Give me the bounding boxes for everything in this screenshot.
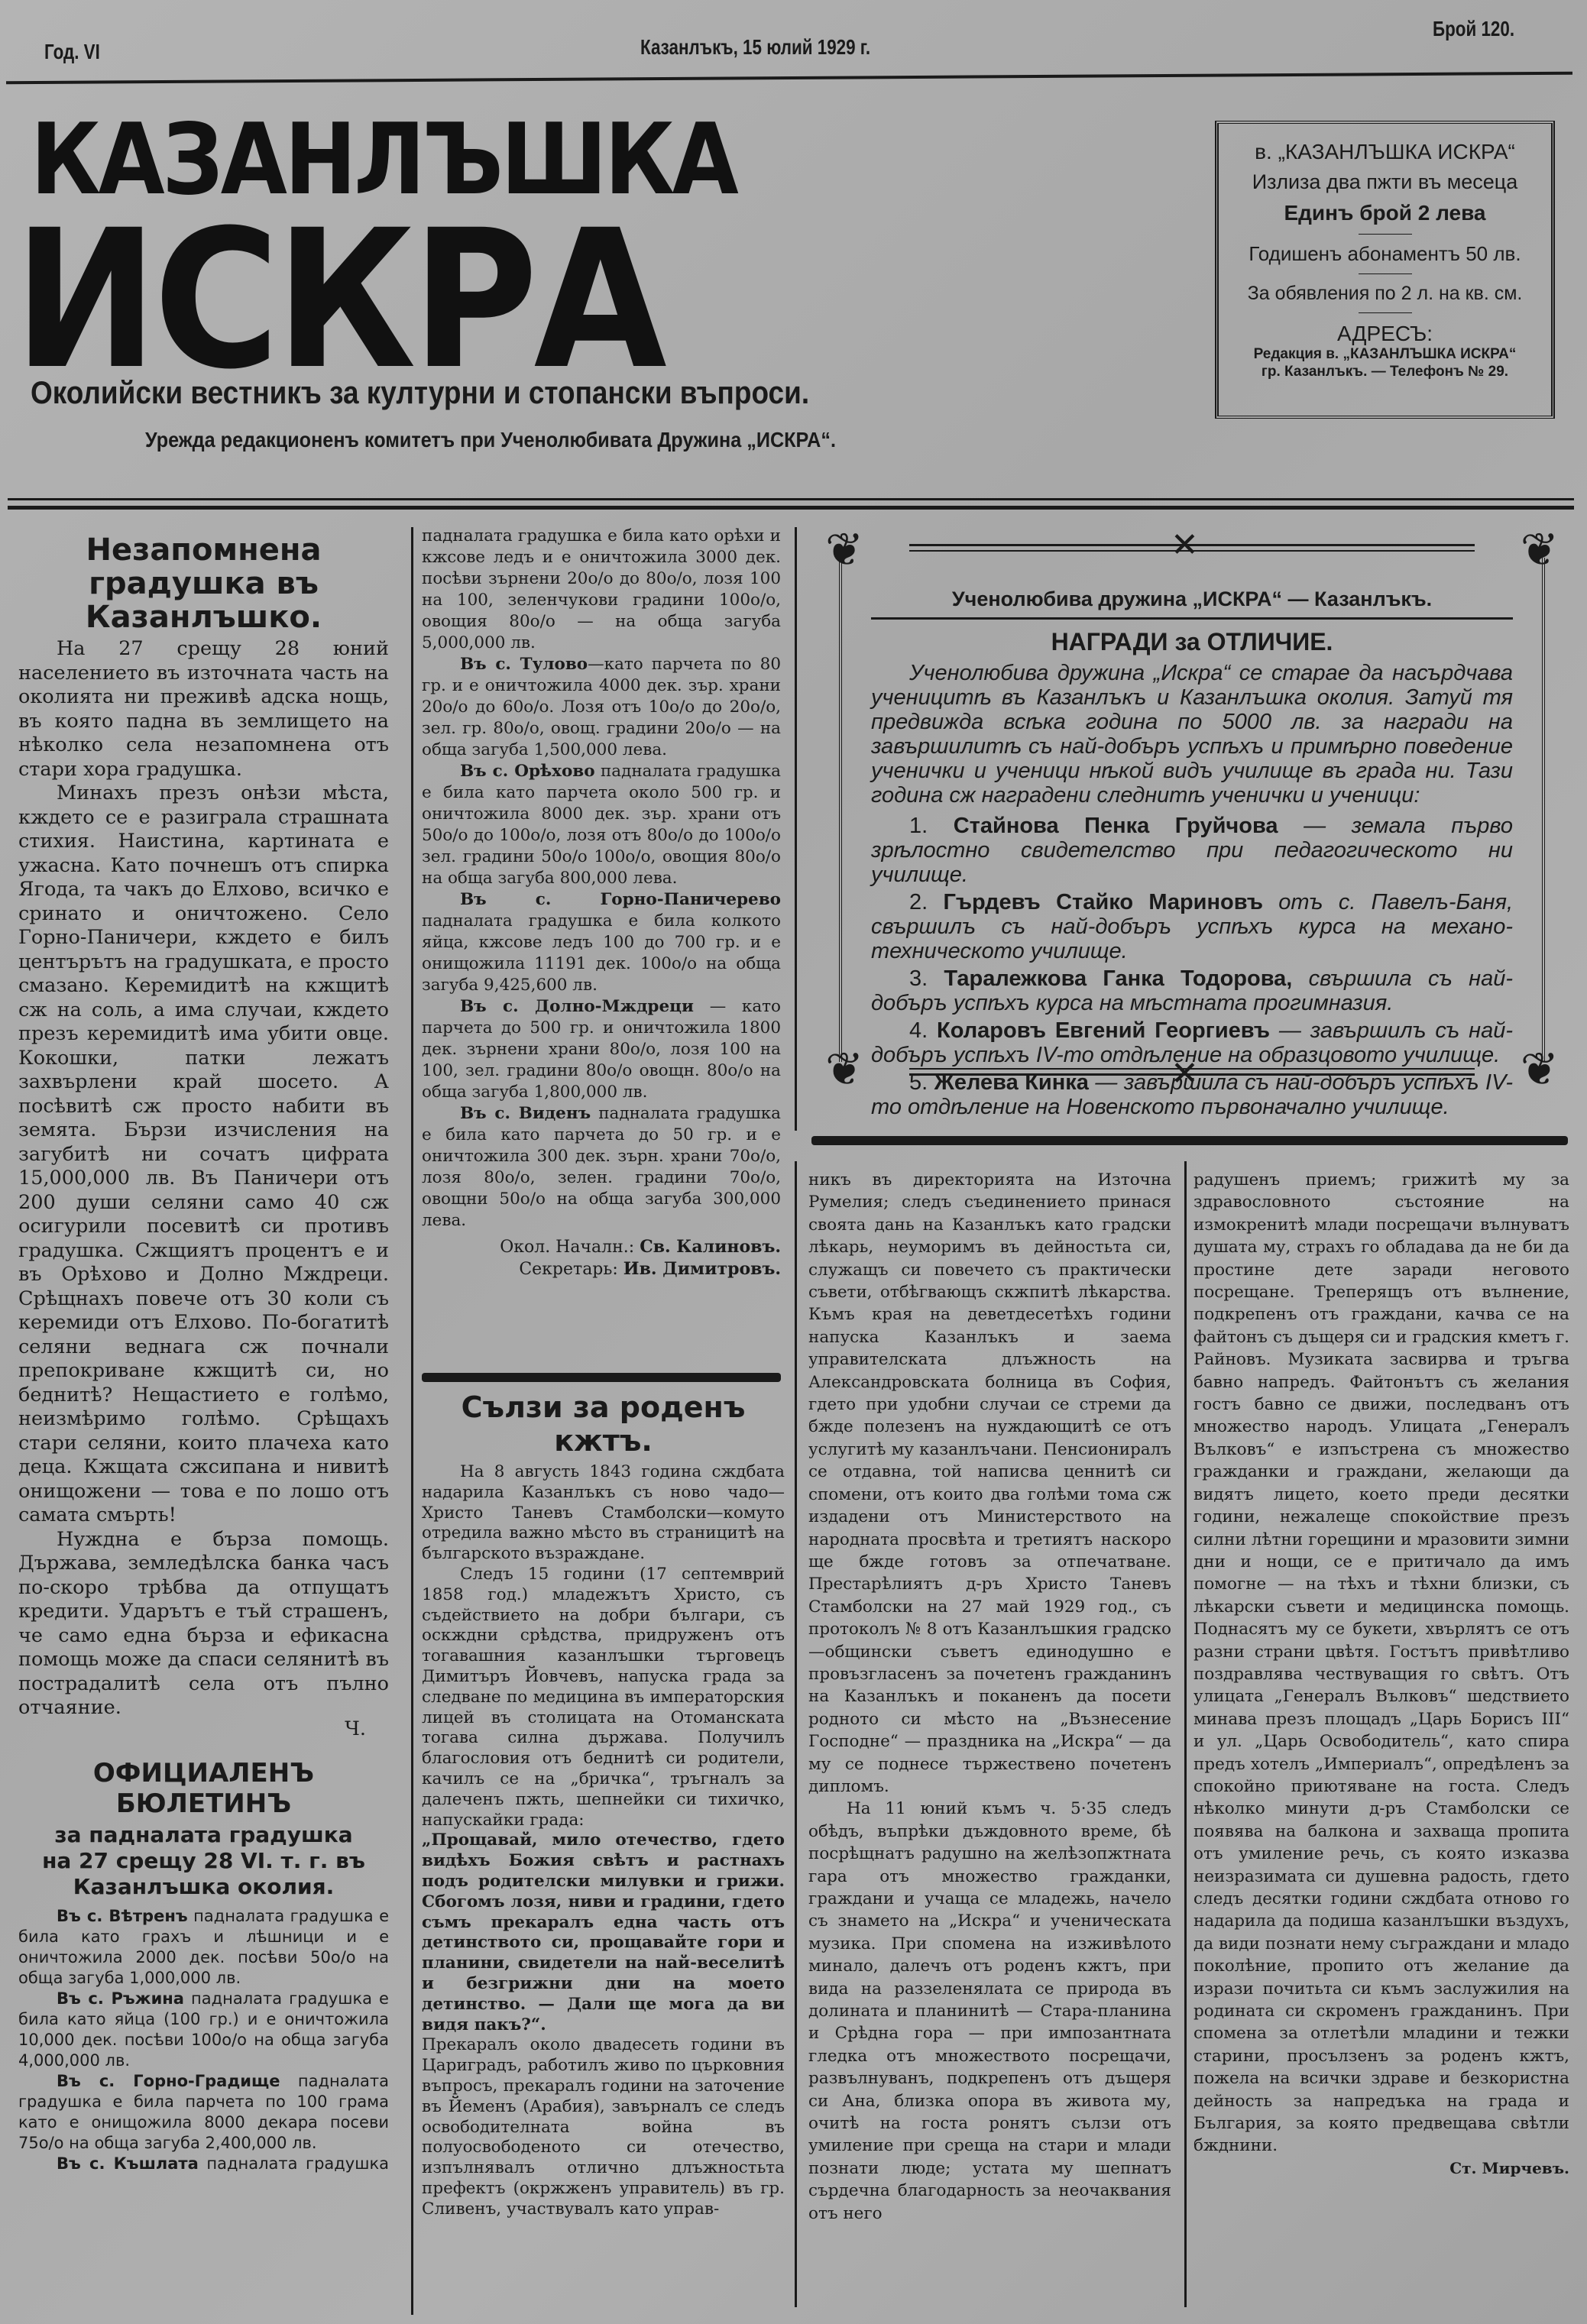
info-divider: [1359, 274, 1412, 274]
bulletin-village: Въ с. Горно-Градище: [57, 2072, 280, 2090]
bulletin-village: Въ с. Къшлата: [57, 2154, 199, 2173]
award-num: 4.: [909, 1018, 928, 1043]
award-item: 3. Таралежкова Ганка Тодорова, свършила …: [871, 966, 1513, 1015]
awards-title: НАГРАДИ за ОТЛИЧИЕ.: [871, 627, 1513, 656]
ornament-knot-icon: ✕: [1171, 523, 1199, 568]
bulletin-text: падналата градушка е била като орѣхи и к…: [422, 526, 781, 654]
bulletin-subtitle: за падналата градушка на 27 срещу 28 VI.…: [41, 1822, 366, 1900]
award-item: 1. Стайнова Пенка Груйчова — земала първ…: [871, 814, 1513, 887]
bulletin-continued: падналата градушка е била като орѣхи и к…: [422, 526, 781, 1280]
ornament-corner-icon: ❦: [825, 527, 863, 573]
article-paragraph: Минахъ презъ онѣзи мѣста, кждето се е ра…: [18, 782, 389, 1528]
article-tears-col3: радушенъ приемъ; грижитѣ му за здравосло…: [1193, 1169, 1569, 2180]
bulletin-village: Въ с. Виденъ: [460, 1104, 591, 1123]
masthead-rule: [8, 498, 1574, 500]
bulletin-village: Въ с. Долно-Мждреци: [460, 997, 694, 1016]
year-label: Год. VI: [44, 40, 100, 64]
article-paragraph: На 27 срещу 28 юний населението въ източ…: [18, 637, 389, 782]
issue-number: Брой 120.: [1433, 17, 1514, 41]
bulletin-signature-2: Секретарь: Ив. Димитровъ.: [422, 1258, 781, 1280]
article-tears-title: Сълзи за роденъ кжтъ.: [422, 1390, 785, 1458]
masthead-editorial-note: Урежда редакционенъ комитетъ при Ученолю…: [145, 428, 836, 452]
article-paragraph: Следъ 15 години (17 септемврий 1858 год.…: [422, 1565, 785, 1830]
award-name: Коларовъ Евгений Георгиевъ: [937, 1018, 1270, 1043]
bulletin-signature-1: Окол. Началн.: Св. Калиновъ.: [422, 1236, 781, 1258]
bulletin-village: Въ с. Тулово: [460, 655, 588, 674]
bulletin-title: ОФИЦИАЛЕНЪ БЮЛЕТИНЪ: [18, 1758, 389, 1819]
article-hail-title: Незапомнена градушка въ Казанлъшко.: [18, 533, 389, 634]
info-divider: [1359, 234, 1412, 235]
awards-divider: [871, 617, 1513, 620]
bulletin-village: Въ с. Горно-Паничерево: [460, 890, 781, 909]
award-num: 3.: [909, 966, 928, 991]
award-name: Таралежкова Ганка Тодорова,: [944, 966, 1292, 991]
ornament-corner-icon: ❦: [1521, 527, 1559, 573]
bulletin-village: Въ с. Вѣтренъ: [57, 1907, 188, 1925]
article-paragraph: Нуждна е бърза помощь. Държава, земледѣл…: [18, 1528, 389, 1720]
section-divider: [422, 1373, 781, 1382]
bulletin-village: Въ с. Орѣхово: [460, 762, 595, 781]
award-name: Желева Кинка: [934, 1070, 1089, 1095]
subscription-info-box: в. „КАЗАНЛЪШКА ИСКРА“ Излиза два пжти въ…: [1215, 121, 1555, 419]
award-num: 1.: [909, 814, 928, 838]
bulletin-village: Въ с. Ръжина: [57, 1989, 184, 2008]
info-frequency: Излиза два пжти въ месеца: [1219, 170, 1551, 194]
info-address-label: АДРЕСЪ:: [1219, 321, 1551, 347]
header-rule: [6, 72, 1572, 85]
sign-label: Секретарь:: [519, 1260, 617, 1279]
masthead-title-line2: ИСКРА: [14, 205, 662, 396]
bulletin-text: падналата градушка е била колкото яйца, …: [422, 911, 781, 995]
info-address-line2: гр. Казанлъкъ. — Телефонъ № 29.: [1219, 364, 1551, 381]
article-paragraph: никъ въ директорията на Източна Румелия;…: [808, 1169, 1171, 1798]
info-ads: За обявления по 2 л. на кв. см.: [1219, 282, 1551, 305]
award-item: 2. Гърдевъ Стайко Мариновъ отъ с. Павелъ…: [871, 890, 1513, 963]
article-paragraph: На 11 юний къмъ ч. 5·35 следъ обѣдъ, въп…: [808, 1798, 1171, 2225]
newspaper-page: Год. VI Казанлъкъ, 15 юлий 1929 г. Брой …: [0, 0, 1587, 2324]
sign-label: Окол. Началн.:: [500, 1238, 634, 1257]
award-name: Гърдевъ Стайко Мариновъ: [943, 890, 1263, 914]
ornament-corner-icon: ❦: [1521, 1047, 1559, 1092]
award-num: 5.: [909, 1070, 928, 1095]
masthead-rule: [8, 506, 1574, 510]
info-divider: [1359, 312, 1412, 313]
farewell-quote: „Прощавай, мило отечество, гдето видѣхъ …: [422, 1830, 785, 2035]
article-signature: Ст. Мирчевъ.: [1193, 2157, 1569, 2180]
awards-box: ❦ ❦ ❦ ❦ ✕ ✕ Ученолюбива дружина „ИСКРА“ …: [825, 527, 1559, 1092]
award-name: Стайнова Пенка Груйчова: [954, 814, 1278, 838]
article-paragraph: На 8 августь 1843 година сждбата надарил…: [422, 1462, 785, 1565]
info-address-line1: Редакция в. „КАЗАНЛЪШКА ИСКРА“: [1219, 346, 1551, 364]
article-tears-col2: никъ въ директорията на Източна Румелия;…: [808, 1169, 1171, 2225]
article-signature: Ч.: [18, 1717, 389, 1742]
column-divider: [411, 527, 413, 2315]
bulletin: ОФИЦИАЛЕНЪ БЮЛЕТИНЪ за падналата градушк…: [18, 1758, 389, 2174]
column-divider: [795, 527, 797, 1131]
article-tears-col1: Сълзи за роденъ кжтъ. На 8 августь 1843 …: [422, 1390, 785, 2219]
awards-society: Ученолюбива дружина „ИСКРА“ — Казанлъкъ.: [871, 587, 1513, 611]
article-hail: Незапомнена градушка въ Казанлъшко. На 2…: [18, 533, 389, 2174]
article-paragraph: радушенъ приемъ; грижитѣ му за здравосло…: [1193, 1169, 1569, 2157]
awards-content: Ученолюбива дружина „ИСКРА“ — Казанлъкъ.…: [871, 581, 1513, 1122]
info-subscription: Годишенъ абонаментъ 50 лв.: [1219, 242, 1551, 266]
article-paragraph: Прекаралъ около двадесеть години въ Цари…: [422, 2035, 785, 2219]
award-item: 5. Желева Кинка — завършила съ най-добър…: [871, 1070, 1513, 1119]
section-divider: [811, 1136, 1568, 1145]
award-item: 4. Коларовъ Евгений Георгиевъ — завършил…: [871, 1018, 1513, 1067]
awards-intro: Ученолюбива дружина „Искра“ се старае да…: [871, 661, 1513, 808]
sign-name: Св. Калиновъ.: [640, 1237, 781, 1257]
masthead-subtitle: Околийски вестникъ за културни и стопанс…: [31, 374, 809, 411]
info-price: Единъ брой 2 лева: [1219, 200, 1551, 226]
column-divider: [795, 1161, 797, 2307]
ornament-corner-icon: ❦: [825, 1047, 863, 1092]
column-divider: [1184, 1161, 1187, 2307]
sign-name: Ив. Димитровъ.: [623, 1259, 781, 1279]
info-paper-name: в. „КАЗАНЛЪШКА ИСКРА“: [1219, 139, 1551, 165]
award-num: 2.: [909, 890, 928, 914]
place-date: Казанлъкъ, 15 юлий 1929 г.: [640, 35, 870, 60]
